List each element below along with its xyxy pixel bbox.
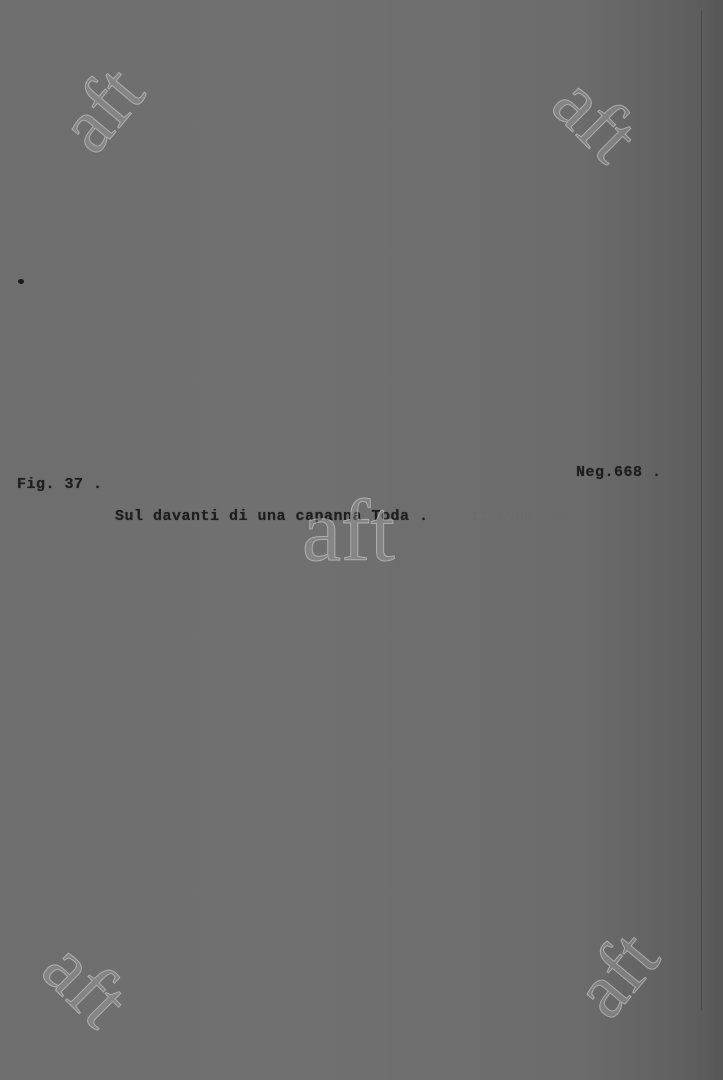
- watermark-top-left: aft: [45, 52, 158, 165]
- figure-label: Fig. 37 .: [17, 476, 103, 493]
- watermark-bottom-left: aft: [29, 927, 142, 1040]
- photo-caption: Sul davanti di una capanna Toda .: [115, 508, 429, 525]
- watermark-bottom-right: aft: [560, 917, 673, 1030]
- watermark-center: aft: [302, 488, 395, 576]
- negative-number: Neg.668 .: [576, 464, 662, 481]
- page-edge-line: [701, 10, 702, 1010]
- watermark-top-right: aft: [539, 62, 652, 175]
- ink-speck: [18, 279, 24, 284]
- scanned-document-page: Fig. 37 . Neg.668 . Sul davanti di una c…: [0, 0, 723, 1080]
- bleed-through-text: Sul davanti: [470, 508, 569, 525]
